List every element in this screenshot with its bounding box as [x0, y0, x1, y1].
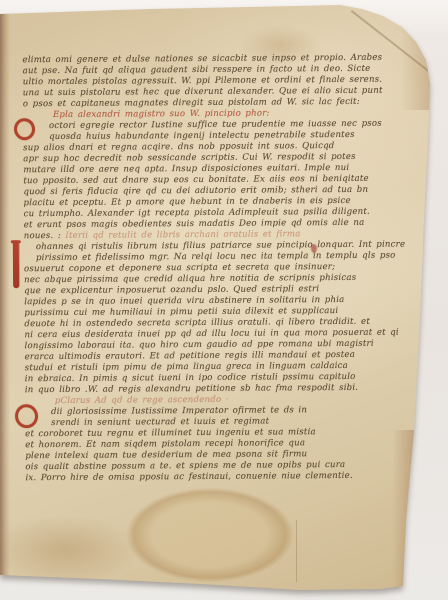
water-stain-bottom [95, 470, 325, 600]
drop-cap-i-initial: I [13, 240, 19, 288]
manuscript-line: ix. Porro hire de omisa pposiu ac festin… [25, 471, 370, 484]
fold-crease-bottom [296, 520, 297, 582]
parchment-leaf-wrap: elimta omi genere et dulse nationes se s… [0, 0, 448, 600]
gutter-shadow [0, 10, 10, 580]
paragraph-end-word: noues. : [24, 231, 61, 241]
parchment-leaf: elimta omi genere et dulse nationes se s… [0, 0, 448, 600]
manuscript-photo: elimta omi genere et dulse nationes se s… [0, 0, 448, 600]
stain-top-right-edge [400, 20, 432, 110]
stain-bottom-left [0, 505, 160, 595]
stain-right-edge [392, 430, 418, 600]
text-block: elimta omi genere et dulse nationes se s… [23, 53, 371, 484]
rubric-heading-faded: Iterii qd retulit de libris archani orat… [65, 229, 300, 241]
